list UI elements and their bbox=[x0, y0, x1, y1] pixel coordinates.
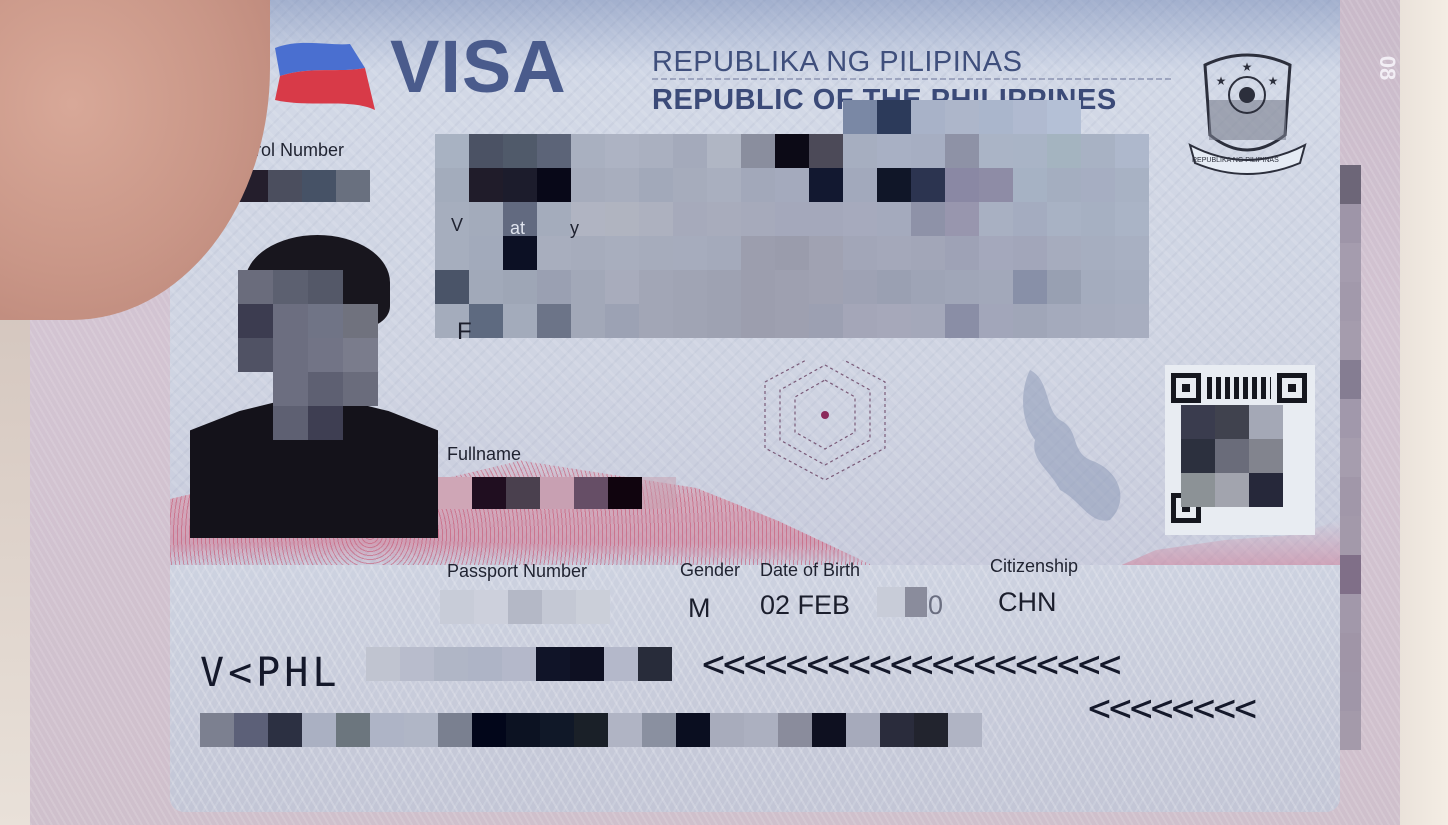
redacted-qr-center bbox=[1181, 405, 1283, 507]
visa-sticker: VISA REPUBLIKA NG PILIPINAS REPUBLIC OF … bbox=[170, 0, 1340, 812]
redacted-control-number bbox=[234, 170, 370, 202]
gender-value: M bbox=[688, 593, 711, 624]
redacted-face bbox=[238, 270, 378, 440]
philippine-flag-ribbon-icon bbox=[270, 38, 380, 113]
redacted-fullname bbox=[438, 477, 676, 509]
mrz-line-2-fill: <<<<<<<< bbox=[1088, 686, 1255, 730]
partial-label-v: V bbox=[451, 215, 463, 236]
redacted-passport-number bbox=[440, 590, 610, 624]
page-number: 08 bbox=[1374, 56, 1400, 80]
svg-text:★: ★ bbox=[1216, 74, 1227, 88]
citizenship-value: CHN bbox=[998, 587, 1057, 618]
dob-value: 02 FEB bbox=[760, 590, 850, 621]
philippines-map-watermark-icon bbox=[990, 360, 1160, 530]
partial-label-f: F bbox=[457, 318, 472, 346]
redacted-mrz-line-1 bbox=[366, 647, 706, 681]
mrz-line-1-fill: <<<<<<<<<<<<<<<<<<<< bbox=[702, 642, 1120, 686]
mrz-line-1-prefix: V<PHL bbox=[200, 650, 340, 696]
holder-photo bbox=[190, 235, 438, 538]
visa-title: VISA bbox=[390, 30, 567, 104]
partial-label-y: y bbox=[570, 218, 579, 239]
fullname-label: Fullname bbox=[447, 444, 521, 465]
svg-text:★: ★ bbox=[1242, 60, 1253, 74]
partial-label-at: at bbox=[510, 218, 525, 239]
hexagon-watermark-icon bbox=[725, 360, 925, 530]
svg-text:★: ★ bbox=[1268, 74, 1279, 88]
microprint-line bbox=[652, 78, 1172, 80]
passport-number-label: Passport Number bbox=[447, 561, 587, 582]
redacted-mrz-line-2 bbox=[200, 713, 982, 747]
redacted-dob-year bbox=[877, 587, 927, 617]
seal-motto: REPUBLIKA NG PILIPINAS bbox=[1192, 157, 1279, 164]
redacted-info-block bbox=[435, 100, 1149, 338]
dob-label: Date of Birth bbox=[760, 560, 860, 581]
gender-label: Gender bbox=[680, 560, 740, 581]
dob-value-tail: 0 bbox=[928, 590, 943, 621]
country-name-filipino: REPUBLIKA NG PILIPINAS bbox=[652, 46, 1022, 79]
citizenship-label: Citizenship bbox=[990, 556, 1078, 577]
qr-code bbox=[1165, 365, 1315, 535]
